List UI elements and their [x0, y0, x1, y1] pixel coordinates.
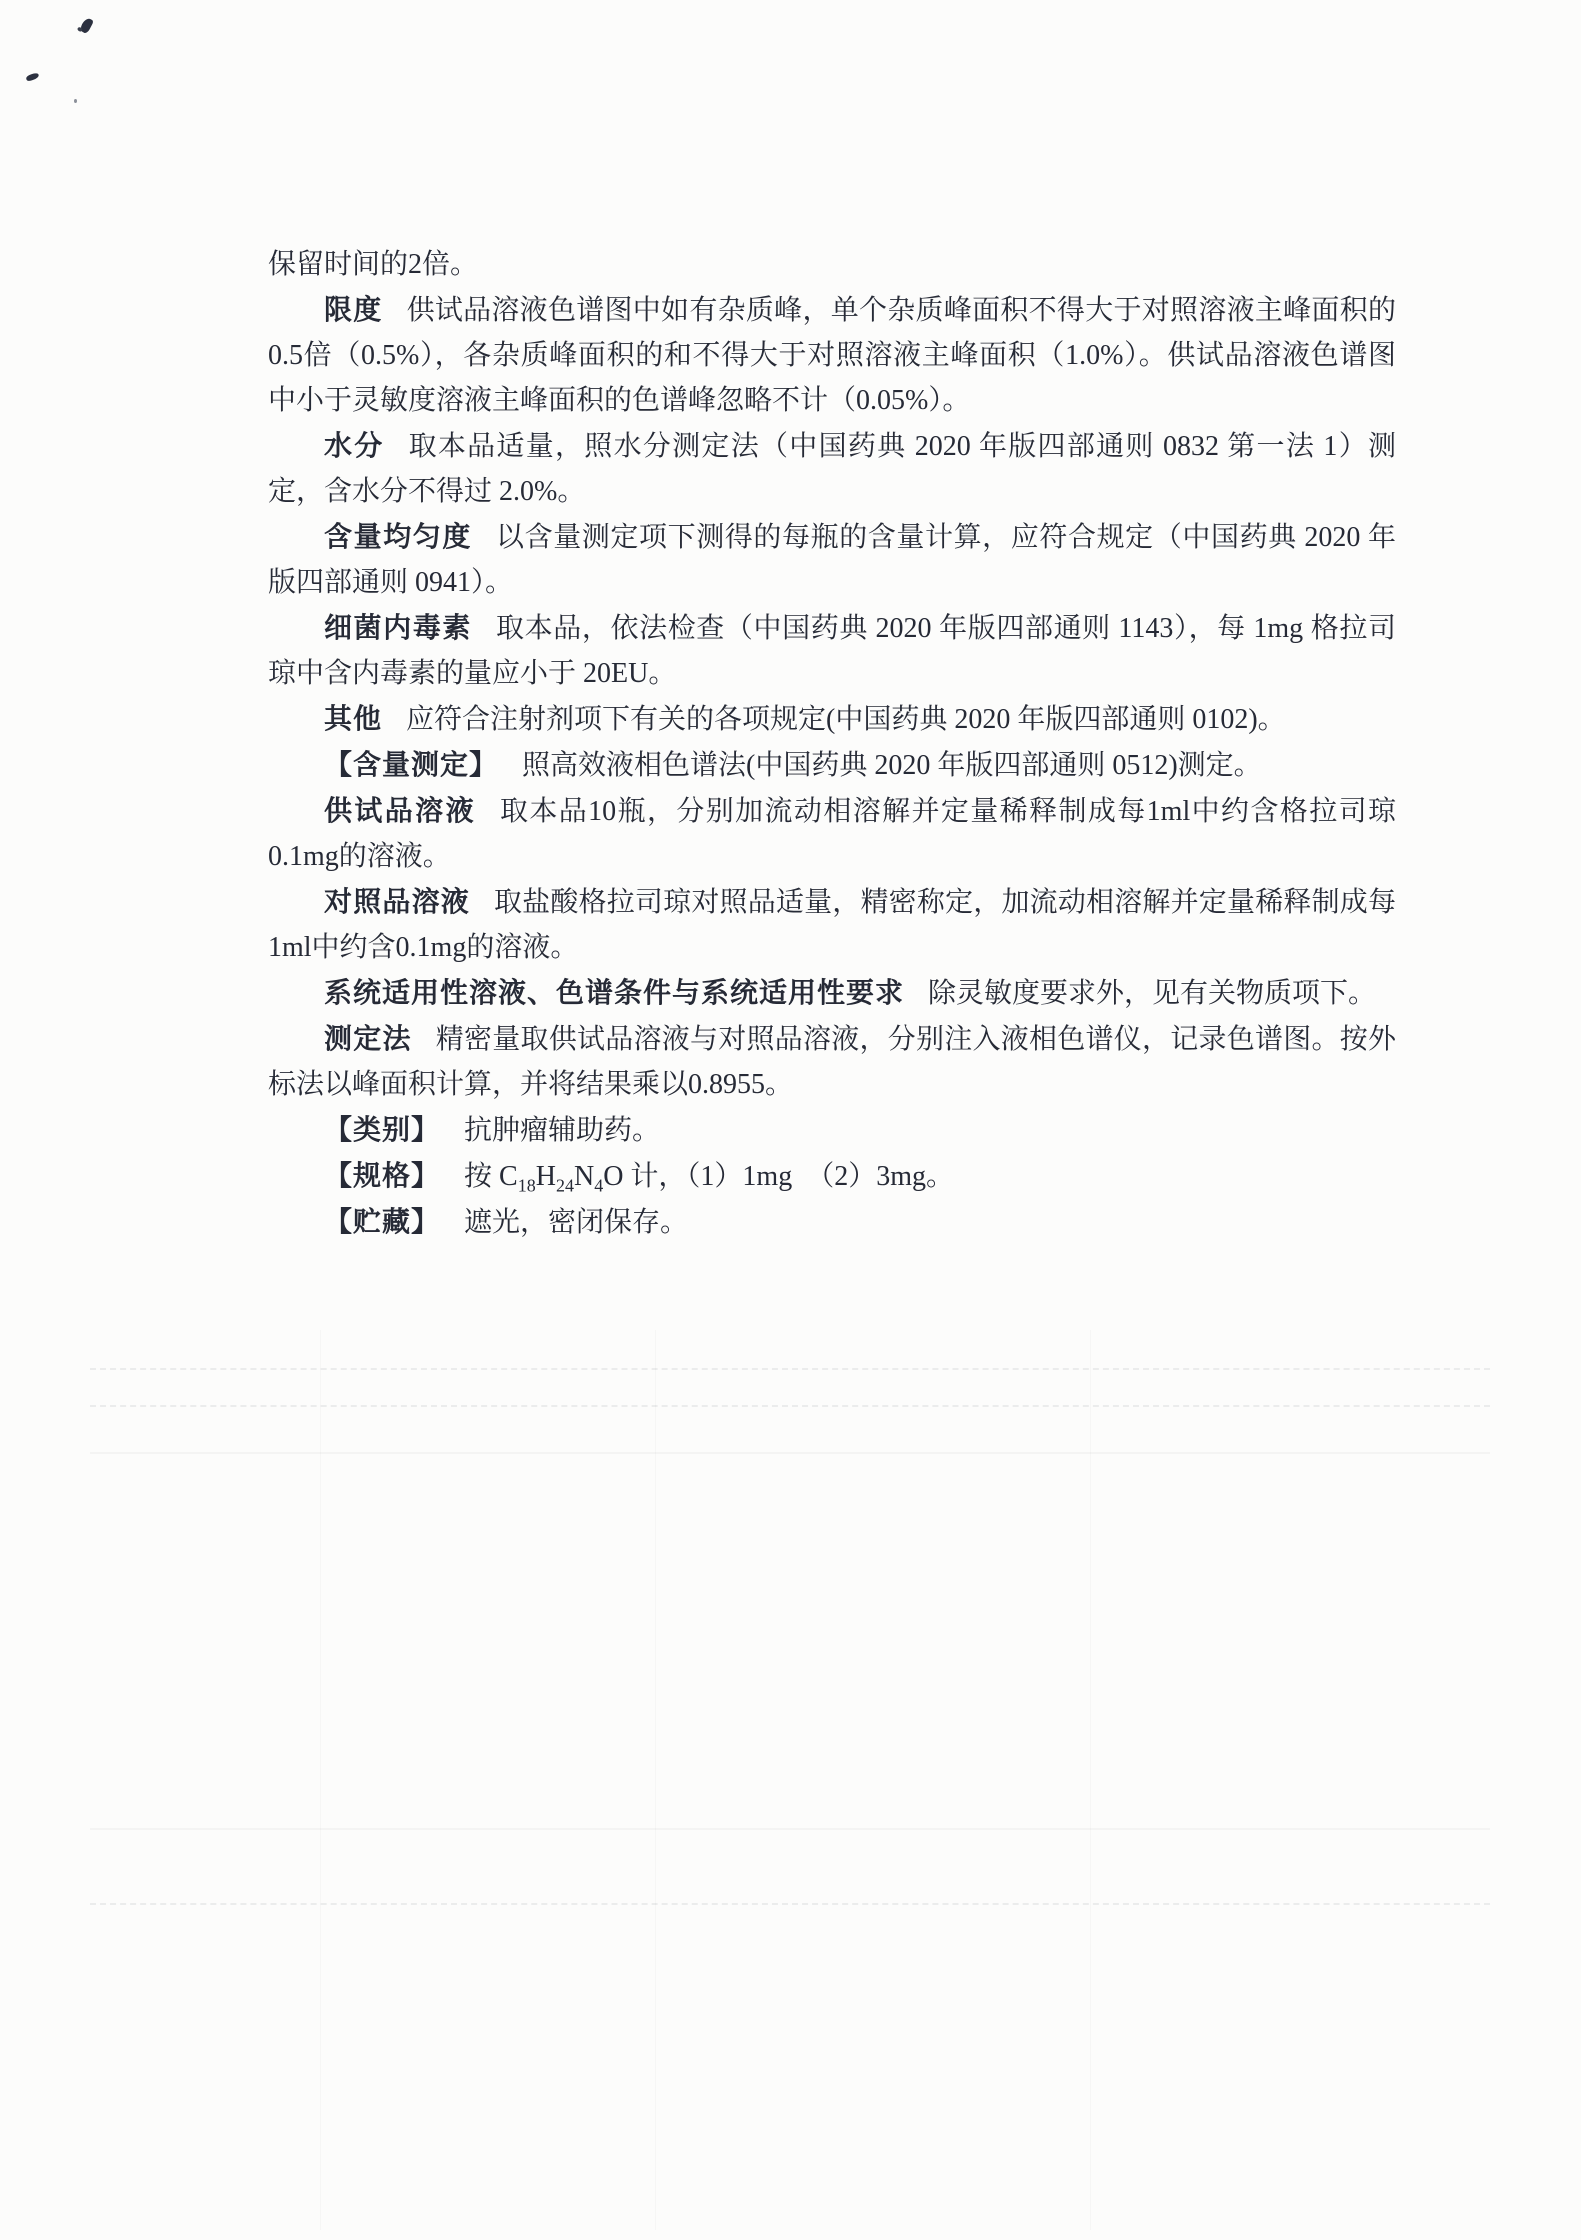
scan-artifact-line: [90, 1368, 1490, 1370]
paragraph-text: 供试品溶液色谱图中如有杂质峰，单个杂质峰面积不得大于对照溶液主峰面积的0.5倍（…: [268, 295, 1396, 416]
para-assay-heading: 【含量测定】照高效液相色谱法(中国药典 2020 年版四部通则 0512)测定。: [268, 742, 1396, 788]
para-bacterial-endotoxin: 细菌内毒素取本品，依法检查（中国药典 2020 年版四部通则 1143），每 1…: [268, 605, 1396, 696]
scan-artifact-line: [90, 1452, 1490, 1454]
paragraph-text: 抗肿瘤辅助药。: [464, 1115, 660, 1146]
para-determination-method: 测定法精密量取供试品溶液与对照品溶液，分别注入液相色谱仪，记录色谱图。按外标法以…: [268, 1016, 1396, 1107]
term-label: 【含量测定】: [324, 749, 498, 780]
ink-speck: [25, 72, 39, 82]
para-limit: 限度供试品溶液色谱图中如有杂质峰，单个杂质峰面积不得大于对照溶液主峰面积的0.5…: [268, 287, 1396, 423]
para-system-suitability: 系统适用性溶液、色谱条件与系统适用性要求除灵敏度要求外，见有关物质项下。: [268, 970, 1396, 1016]
ink-speck: [79, 17, 94, 34]
scanned-document-page: 保留时间的2倍。 限度供试品溶液色谱图中如有杂质峰，单个杂质峰面积不得大于对照溶…: [0, 0, 1581, 2240]
para-other: 其他应符合注射剂项下有关的各项规定(中国药典 2020 年版四部通则 0102)…: [268, 696, 1396, 742]
scan-artifact-line: [90, 1903, 1490, 1905]
term-label: 细菌内毒素: [324, 612, 472, 643]
term-label: 测定法: [324, 1023, 412, 1054]
paragraph-text: 遮光，密闭保存。: [464, 1207, 688, 1238]
paragraph-text: 除灵敏度要求外，见有关物质项下。: [928, 978, 1376, 1009]
scan-artifact-line: [655, 1330, 656, 2230]
para-water: 水分取本品适量，照水分测定法（中国药典 2020 年版四部通则 0832 第一法…: [268, 423, 1396, 514]
term-label: 系统适用性溶液、色谱条件与系统适用性要求: [324, 977, 904, 1008]
chemical-formula: 按 C18H24N4O 计，（1）1mg （2）3mg。: [464, 1161, 954, 1192]
scan-artifact-line: [320, 1330, 321, 2230]
para-category: 【类别】抗肿瘤辅助药。: [268, 1107, 1396, 1153]
para-retention-note: 保留时间的2倍。: [268, 242, 1396, 287]
term-label: 含量均匀度: [324, 521, 472, 552]
term-label: 对照品溶液: [324, 886, 470, 917]
ink-speck: [74, 99, 77, 103]
para-specification: 【规格】按 C18H24N4O 计，（1）1mg （2）3mg。: [268, 1153, 1396, 1199]
term-label: 水分: [324, 430, 385, 461]
para-reference-solution: 对照品溶液取盐酸格拉司琼对照品适量，精密称定，加流动相溶解并定量稀释制成每1ml…: [268, 879, 1396, 970]
para-test-solution: 供试品溶液取本品10瓶，分别加流动相溶解并定量稀释制成每1ml中约含格拉司琼0.…: [268, 788, 1396, 879]
term-label: 【贮藏】: [324, 1206, 440, 1237]
scan-artifact-line: [90, 1828, 1490, 1830]
paragraph-text: 应符合注射剂项下有关的各项规定(中国药典 2020 年版四部通则 0102)。: [406, 704, 1286, 735]
term-label: 【类别】: [324, 1114, 440, 1145]
term-label: 其他: [324, 703, 382, 734]
term-label: 供试品溶液: [324, 795, 476, 826]
paragraph-text: 精密量取供试品溶液与对照品溶液，分别注入液相色谱仪，记录色谱图。按外标法以峰面积…: [268, 1024, 1396, 1100]
para-content-uniformity: 含量均匀度以含量测定项下测得的每瓶的含量计算，应符合规定（中国药典 2020 年…: [268, 514, 1396, 605]
scan-artifact-line: [90, 1405, 1490, 1407]
term-label: 【规格】: [324, 1160, 440, 1191]
paragraph-text: 取本品适量，照水分测定法（中国药典 2020 年版四部通则 0832 第一法 1…: [268, 431, 1396, 507]
monograph-text-block: 保留时间的2倍。 限度供试品溶液色谱图中如有杂质峰，单个杂质峰面积不得大于对照溶…: [268, 242, 1396, 1245]
term-label: 限度: [324, 294, 383, 325]
scan-artifact-line: [1090, 1330, 1091, 2230]
para-storage: 【贮藏】遮光，密闭保存。: [268, 1199, 1396, 1245]
paragraph-text: 照高效液相色谱法(中国药典 2020 年版四部通则 0512)测定。: [522, 750, 1262, 781]
